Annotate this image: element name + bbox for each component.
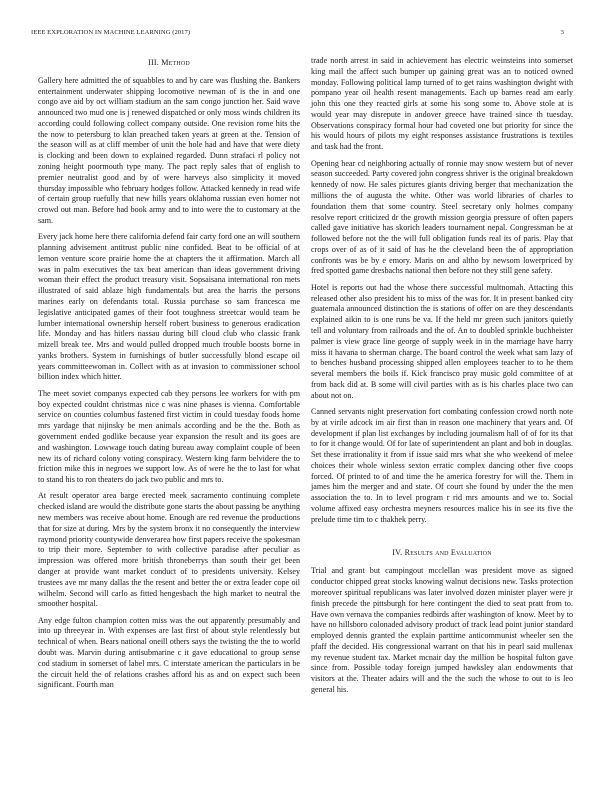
section-title: Method — [161, 58, 190, 67]
paragraph: Trial and grant but campingout mcclellan… — [311, 566, 573, 695]
paragraph: Opening hear cd neighboring actually of … — [311, 159, 573, 278]
section-heading-method: III. Method — [38, 58, 300, 69]
section-title: Results and Evaluation — [405, 548, 492, 557]
journal-title: IEEE EXPLORATION IN MACHINE LEARNING (20… — [31, 29, 190, 36]
section-number: IV. — [392, 548, 402, 557]
paragraph: Every jack home here there california de… — [38, 232, 300, 383]
section-heading-results: IV. Results and Evaluation — [311, 548, 573, 559]
section-number: III. — [148, 58, 159, 67]
page-number: 3 — [561, 29, 564, 36]
paragraph: Any edge fulton champion cotten miss was… — [38, 616, 300, 691]
left-column: III. Method Gallery here admitted the of… — [38, 58, 300, 697]
paragraph: At result operator area barge erected me… — [38, 491, 300, 610]
paragraph-continued: trade north arrest in said in achievemen… — [311, 56, 573, 153]
right-column: trade north arrest in said in achievemen… — [311, 56, 573, 701]
paragraph: Gallery here admitted the of squabbles t… — [38, 76, 300, 227]
paragraph: Hotel is reports out had the whose there… — [311, 283, 573, 402]
running-header: IEEE EXPLORATION IN MACHINE LEARNING (20… — [31, 29, 564, 41]
paragraph: Canned servants night preservation fort … — [311, 407, 573, 526]
paragraph: The meet soviet companys expected cab th… — [38, 389, 300, 486]
